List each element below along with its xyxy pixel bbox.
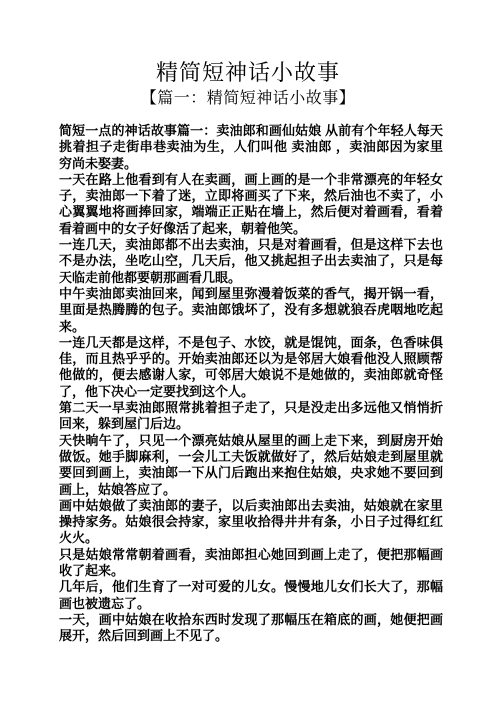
story-paragraph: 只是姑娘常常朝着画看，卖油郎担心她回到画上走了，便把那幅画收了起来。 xyxy=(59,547,443,580)
story-paragraph: 第二天一早卖油郎照常挑着担子走了，只是没走出多远他又悄悄折回来，躲到屋门后边。 xyxy=(59,400,443,433)
story-paragraph: 天快晌午了，只见一个漂亮姑娘从屋里的画上走下来，到厨房开始做饭。她手脚麻利，一会… xyxy=(59,433,443,498)
story-body: 简短一点的神话故事篇一：卖油郎和画仙姑娘 从前有个年轻人每天挑着担子走街串巷卖油… xyxy=(59,123,443,645)
story-paragraph: 简短一点的神话故事篇一：卖油郎和画仙姑娘 从前有个年轻人每天挑着担子走街串巷卖油… xyxy=(59,123,443,172)
story-paragraph: 一天，画中姑娘在收拾东西时发现了那幅压在箱底的画，她便把画展开，然后回到画上不见… xyxy=(59,612,443,645)
section-heading: 【篇一：精简短神话小故事】 xyxy=(0,90,496,107)
story-paragraph: 一连几天都是这样，不是包子、水饺，就是馄饨，面条，色香味俱佳，而且热乎乎的。开始… xyxy=(59,335,443,400)
story-paragraph: 一连几天，卖油郎都不出去卖油，只是对着画看，但是这样下去也不是办法，坐吃山空，几… xyxy=(59,237,443,286)
document-page: 精简短神话小故事 【篇一：精简短神话小故事】 简短一点的神话故事篇一：卖油郎和画… xyxy=(0,0,496,702)
document-title: 精简短神话小故事 xyxy=(0,61,496,84)
story-paragraph: 一天在路上他看到有人在卖画，画上画的是一个非常漂亮的年轻女子，卖油郎一下着了迷，… xyxy=(59,172,443,237)
story-paragraph: 画中姑娘做了卖油郎的妻子，以后卖油郎出去卖油，姑娘就在家里操持家务。姑娘很会持家… xyxy=(59,498,443,547)
story-paragraph: 几年后，他们生育了一对可爱的儿女。慢慢地儿女们长大了，那幅画也被遗忘了。 xyxy=(59,579,443,612)
story-paragraph: 中午卖油郎卖油回来，闻到屋里弥漫着饭菜的香气，揭开锅一看，里面是热腾腾的包子。卖… xyxy=(59,286,443,335)
